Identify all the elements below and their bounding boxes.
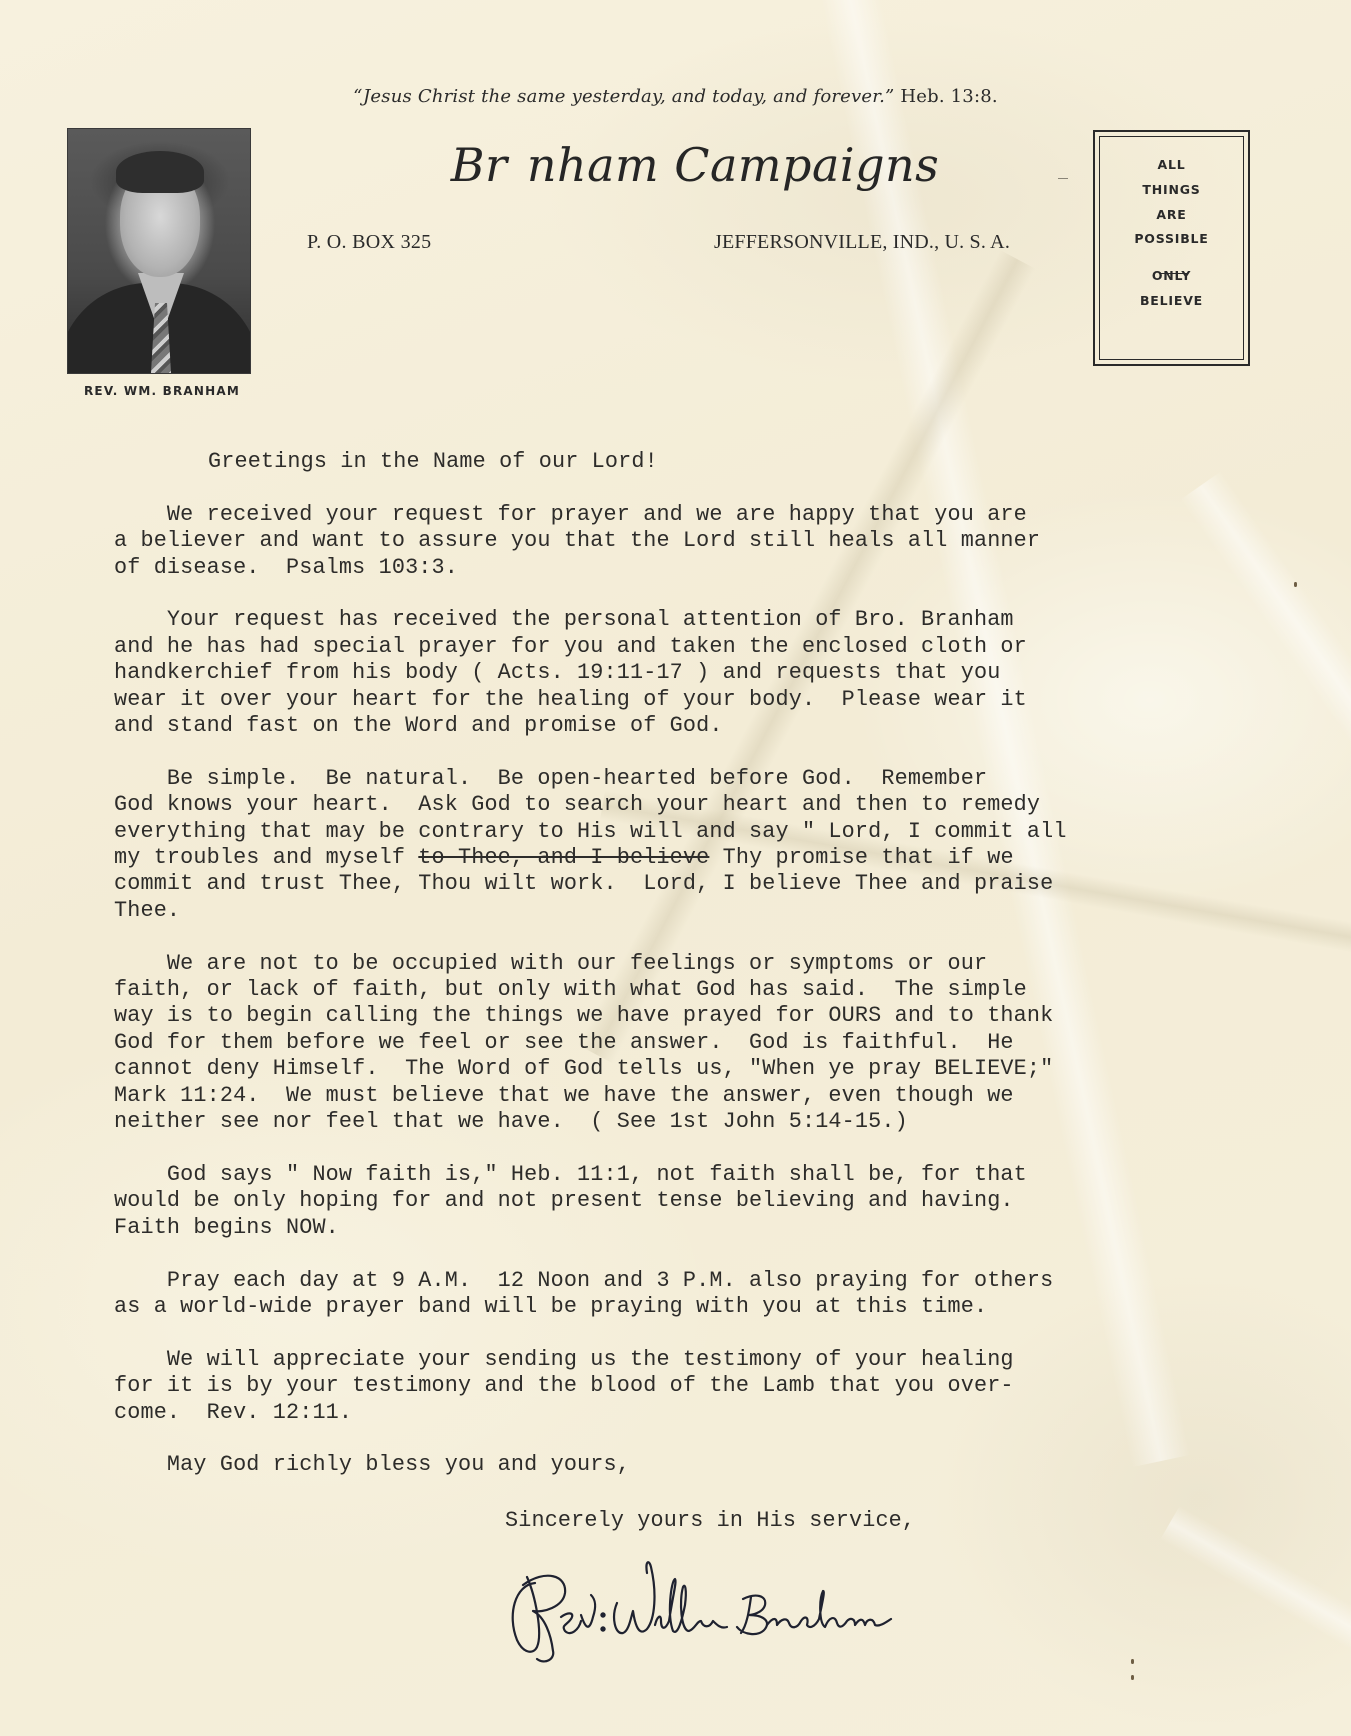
paragraph-line: come. Rev. 12:11. [114, 1400, 352, 1425]
paragraph-line: as a world-wide prayer band will be pray… [114, 1294, 987, 1319]
paragraph-line: We will appreciate your sending us the t… [114, 1347, 1014, 1372]
paragraph-line: Thee. [114, 898, 180, 923]
letter-closing: Sincerely yours in His service, [505, 1508, 915, 1533]
paragraph-1: We received your request for prayer and … [114, 502, 1314, 581]
paragraph-line: everything that may be contrary to His w… [114, 819, 1067, 844]
paragraph-line: way is to begin calling the things we ha… [114, 1003, 1053, 1028]
paper-speck [1131, 1659, 1134, 1664]
paragraph-line: for it is by your testimony and the bloo… [114, 1373, 1014, 1398]
letter-greeting: Greetings in the Name of our Lord! [114, 449, 1314, 475]
paragraph-line: and stand fast on the Word and promise o… [114, 713, 723, 738]
scripture-quote: “Jesus Christ the same yesterday, and to… [353, 86, 894, 107]
letter-body: Greetings in the Name of our Lord! We re… [114, 449, 1314, 1505]
paragraph-line: God knows your heart. Ask God to search … [114, 792, 1040, 817]
paragraph-line: We received your request for prayer and … [114, 502, 1027, 527]
letterhead-po-box: P. O. BOX 325 [307, 231, 431, 254]
paper-speck [1131, 1675, 1134, 1680]
line-segment: Thy promise that if we [709, 845, 1013, 870]
motto-line: ARE [1100, 207, 1243, 222]
paper-speck [1294, 582, 1297, 587]
motto-box: ALL THINGS ARE POSSIBLE ONLY BELIEVE [1093, 130, 1250, 366]
paragraph-line: We are not to be occupied with our feeli… [114, 951, 987, 976]
paragraph-line: wear it over your heart for the healing … [114, 687, 1027, 712]
motto-line: BELIEVE [1100, 293, 1243, 308]
paragraph-line: God for them before we feel or see the a… [114, 1030, 1014, 1055]
paragraph-line: commit and trust Thee, Thou wilt work. L… [114, 871, 1053, 896]
paragraph-line-with-strikethrough: my troubles and myself to Thee, and I be… [114, 845, 1014, 870]
motto-line: POSSIBLE [1100, 231, 1243, 246]
paragraph-line: and he has had special prayer for you an… [114, 634, 1027, 659]
paragraph-6: Pray each day at 9 A.M. 12 Noon and 3 P.… [114, 1268, 1314, 1321]
paragraph-line: Your request has received the personal a… [114, 607, 1014, 632]
paragraph-line: a believer and want to assure you that t… [114, 528, 1040, 553]
motto-line: ONLY [1100, 268, 1243, 283]
signature-icon [505, 1555, 965, 1665]
letterhead-scripture: “Jesus Christ the same yesterday, and to… [0, 86, 1351, 107]
paragraph-2: Your request has received the personal a… [114, 607, 1314, 739]
motto-line: ALL [1100, 157, 1243, 172]
paragraph-7: We will appreciate your sending us the t… [114, 1347, 1314, 1426]
paragraph-line: Mark 11:24. We must believe that we have… [114, 1083, 1014, 1108]
scripture-reference: Heb. 13:8. [900, 86, 997, 107]
paragraph-line: cannot deny Himself. The Word of God tel… [114, 1056, 1053, 1081]
letterhead-city: JEFFERSONVILLE, IND., U. S. A. [714, 231, 1010, 254]
handwritten-signature: Rev. William Branham [505, 1555, 965, 1665]
portrait-caption: REV. WM. BRANHAM [67, 384, 257, 398]
paragraph-line: of disease. Psalms 103:3. [114, 555, 458, 580]
paragraph-line: handkerchief from his body ( Acts. 19:11… [114, 660, 1000, 685]
motto-line: THINGS [1100, 182, 1243, 197]
paragraph-line: God says " Now faith is," Heb. 11:1, not… [114, 1162, 1027, 1187]
paragraph-line: Pray each day at 9 A.M. 12 Noon and 3 P.… [114, 1268, 1053, 1293]
paper-crease [1160, 1505, 1351, 1670]
line-segment: my troubles and myself [114, 845, 418, 870]
paragraph-4: We are not to be occupied with our feeli… [114, 951, 1314, 1136]
portrait-photo [67, 128, 251, 374]
blessing-line: May God richly bless you and yours, [114, 1452, 630, 1477]
paragraph-line: Faith begins NOW. [114, 1215, 339, 1240]
portrait-hair [116, 151, 204, 193]
paragraph-3: Be simple. Be natural. Be open-hearted b… [114, 766, 1314, 924]
blessing: May God richly bless you and yours, [114, 1452, 1314, 1478]
paragraph-line: faith, or lack of faith, but only with w… [114, 977, 1027, 1002]
paragraph-line: neither see nor feel that we have. ( See… [114, 1109, 908, 1134]
letterhead-title: Br nham Campaigns [430, 138, 960, 192]
motto-box-inner-border: ALL THINGS ARE POSSIBLE ONLY BELIEVE [1099, 136, 1244, 360]
paragraph-line: would be only hoping for and not present… [114, 1188, 1014, 1213]
greeting-text: Greetings in the Name of our Lord! [114, 449, 658, 475]
struck-through-text: to Thee, and I believe [418, 845, 709, 870]
paragraph-5: God says " Now faith is," Heb. 11:1, not… [114, 1162, 1314, 1241]
paragraph-line: Be simple. Be natural. Be open-hearted b… [114, 766, 987, 791]
decorative-dash [1058, 178, 1068, 179]
